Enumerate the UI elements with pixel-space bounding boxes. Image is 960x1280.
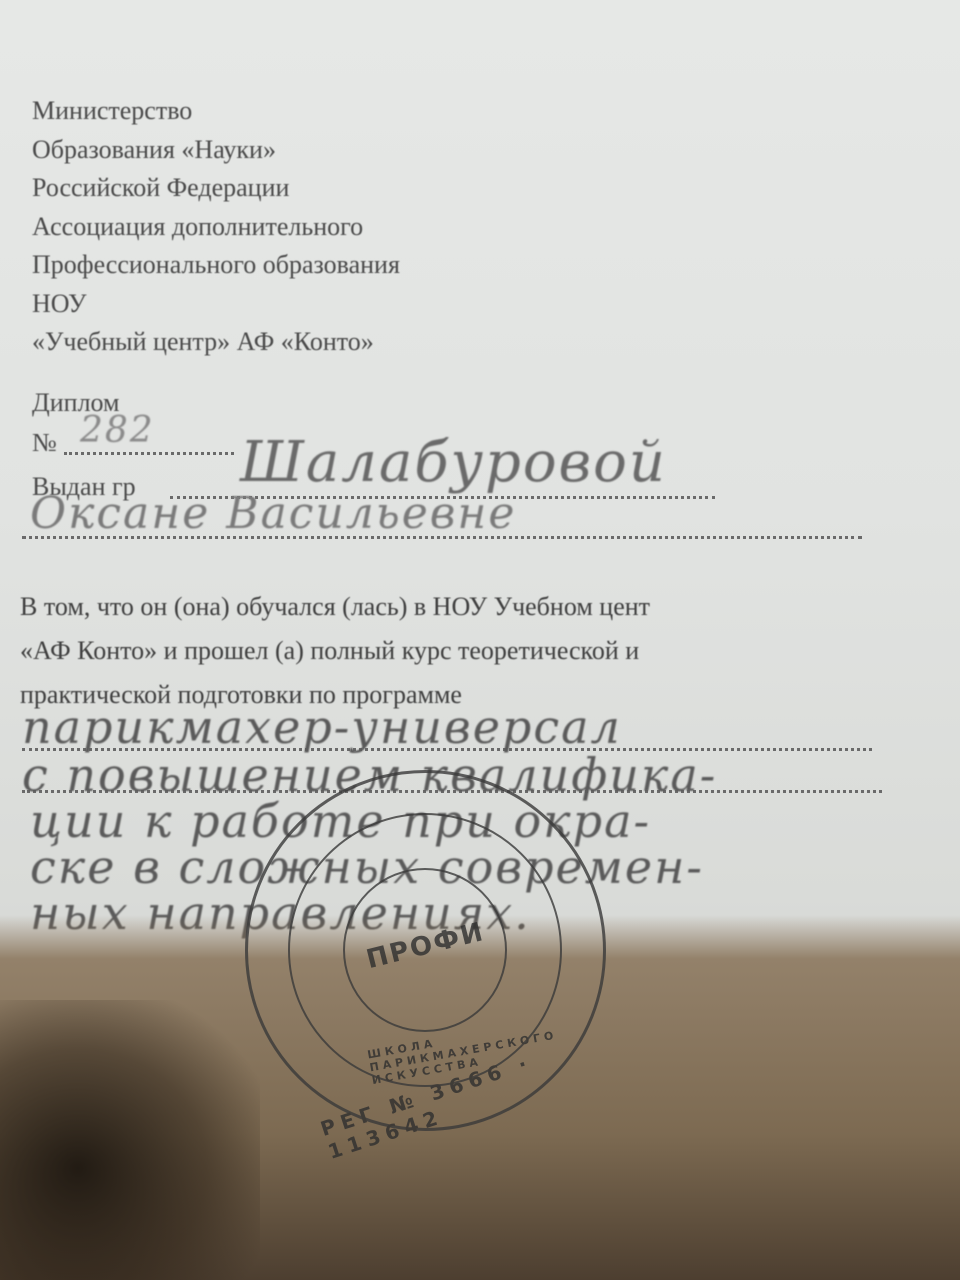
recipient-patronymic-handwritten: Оксане Васильевне bbox=[30, 488, 516, 539]
program-handwritten-line: парикмахер-универсал bbox=[22, 700, 622, 754]
number-label: № bbox=[32, 424, 57, 462]
issuer-header: Министерство Образования «Науки» Российс… bbox=[32, 92, 400, 362]
header-line: Профессионального образования bbox=[32, 246, 400, 285]
body-line: «АФ Конто» и прошел (а) полный курс теор… bbox=[20, 632, 639, 670]
recipient-name-handwritten: Шалабуровой bbox=[240, 430, 667, 495]
header-line: НОУ bbox=[32, 285, 400, 324]
header-line: Российской Федерации bbox=[32, 169, 400, 208]
photo-shadow-dark bbox=[0, 1000, 260, 1280]
number-dotted-line bbox=[64, 452, 234, 455]
header-line: Министерство bbox=[32, 92, 400, 131]
body-line: В том, что он (она) обучался (лась) в НО… bbox=[20, 588, 650, 626]
diploma-number-handwritten: 282 bbox=[80, 410, 155, 451]
header-line: Ассоциация дополнительного bbox=[32, 208, 400, 247]
header-line: «Учебный центр» АФ «Конто» bbox=[32, 323, 400, 362]
round-stamp: ПРОФИ ШКОЛА ПАРИКМАХЕРСКОГО ИСКУССТВА РЕ… bbox=[245, 770, 606, 1131]
header-line: Образования «Науки» bbox=[32, 131, 400, 170]
